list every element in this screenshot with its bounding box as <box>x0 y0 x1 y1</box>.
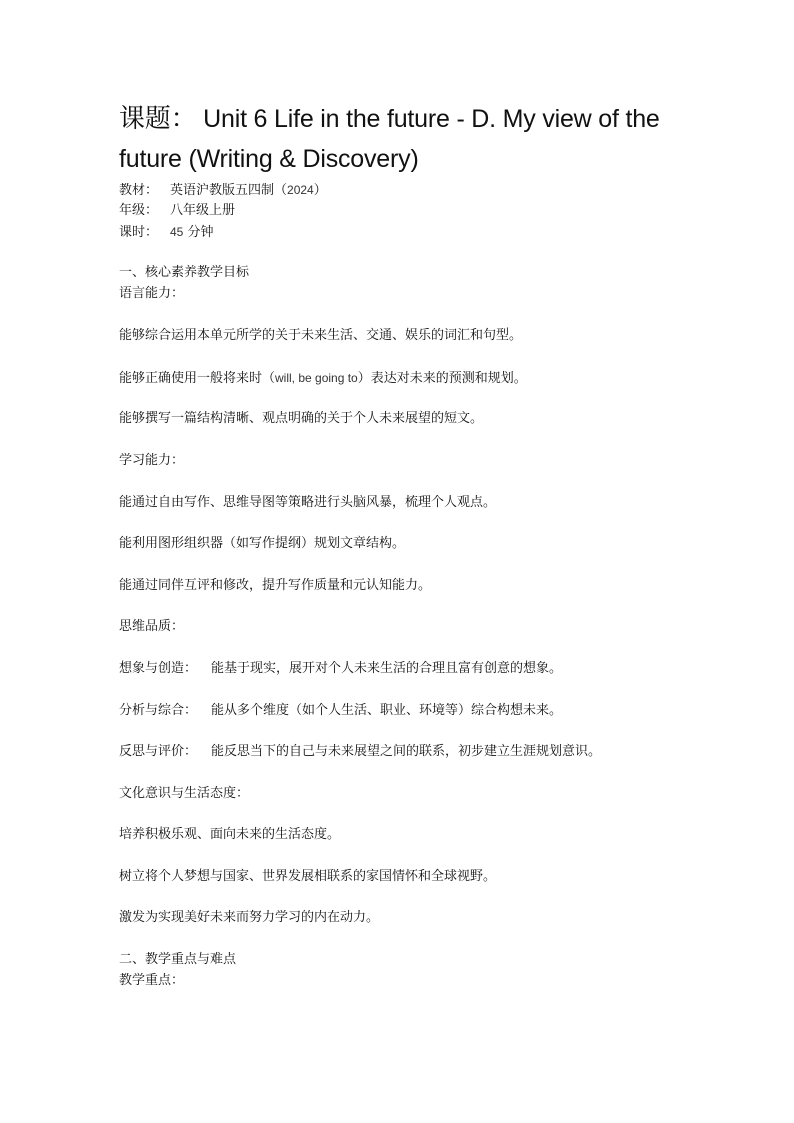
section2-heading: 二、教学重点与难点 <box>119 950 236 970</box>
title-text: Unit 6 Life in the future - D. My view o… <box>119 105 660 173</box>
meta-value: 英语沪教版五四制（ <box>170 183 287 198</box>
item-text-en: will, be going to <box>275 371 358 385</box>
thinking-item-2: 分析与综合：能从多个维度（如个人生活、职业、环境等）综合构想未来。 <box>119 701 562 721</box>
meta-grade: 年级：八年级上册 <box>119 201 235 221</box>
thinking-item-3: 反思与评价：能反思当下的自己与未来展望之间的联系，初步建立生涯规划意识。 <box>119 742 601 762</box>
item-label: 想象与创造： <box>119 659 211 679</box>
learning-heading: 学习能力： <box>119 451 184 471</box>
meta-label: 课时： <box>119 223 170 243</box>
lesson-title: 课题： Unit 6 Life in the future - D. My vi… <box>119 99 719 179</box>
key-points-heading: 教学重点： <box>119 971 184 991</box>
culture-item-2: 树立将个人梦想与国家、世界发展相联系的家国情怀和全球视野。 <box>119 867 496 887</box>
section1-heading: 一、核心素养教学目标 <box>119 263 249 283</box>
culture-item-3: 激发为实现美好未来而努力学习的内在动力。 <box>119 908 379 928</box>
title-prefix: 课题： <box>119 104 196 134</box>
language-item-2: 能够正确使用一般将来时（will, be going to）表达对未来的预测和规… <box>119 368 527 389</box>
language-item-1: 能够综合运用本单元所学的关于未来生活、交通、娱乐的词汇和句型。 <box>119 326 522 346</box>
thinking-item-1: 想象与创造：能基于现实，展开对个人未来生活的合理且富有创意的想象。 <box>119 659 562 679</box>
learning-item-2: 能利用图形组织器（如写作提纲）规划文章结构。 <box>119 534 405 554</box>
culture-item-1: 培养积极乐观、面向未来的生活态度。 <box>119 825 340 845</box>
item-label: 反思与评价： <box>119 742 211 762</box>
language-item-3: 能够撰写一篇结构清晰、观点明确的关于个人未来展望的短文。 <box>119 409 483 429</box>
culture-heading: 文化意识与生活态度： <box>119 784 249 804</box>
meta-label: 年级： <box>119 201 170 221</box>
item-label: 分析与综合： <box>119 701 211 721</box>
item-text: ）表达对未来的预测和规划。 <box>358 371 527 386</box>
learning-item-3: 能通过同伴互评和修改，提升写作质量和元认知能力。 <box>119 576 431 596</box>
meta-value-year: 2024 <box>287 183 314 197</box>
learning-item-1: 能通过自由写作、思维导图等策略进行头脑风暴，梳理个人观点。 <box>119 493 496 513</box>
meta-label: 教材： <box>119 181 170 201</box>
meta-value: 八年级上册 <box>170 203 235 218</box>
item-text: 能基于现实，展开对个人未来生活的合理且富有创意的想象。 <box>211 661 562 676</box>
meta-value-minutes: 45 <box>170 225 183 239</box>
meta-duration: 课时：45 分钟 <box>119 222 214 243</box>
item-text: 能够正确使用一般将来时（ <box>119 371 275 386</box>
item-text: 能从多个维度（如个人生活、职业、环境等）综合构想未来。 <box>211 703 562 718</box>
thinking-heading: 思维品质： <box>119 617 184 637</box>
item-text: 能反思当下的自己与未来展望之间的联系，初步建立生涯规划意识。 <box>211 744 601 759</box>
language-heading: 语言能力： <box>119 284 184 304</box>
meta-textbook: 教材：英语沪教版五四制（2024） <box>119 180 327 201</box>
meta-value-unit: 分钟 <box>183 225 213 240</box>
meta-value-tail: ） <box>314 183 327 198</box>
